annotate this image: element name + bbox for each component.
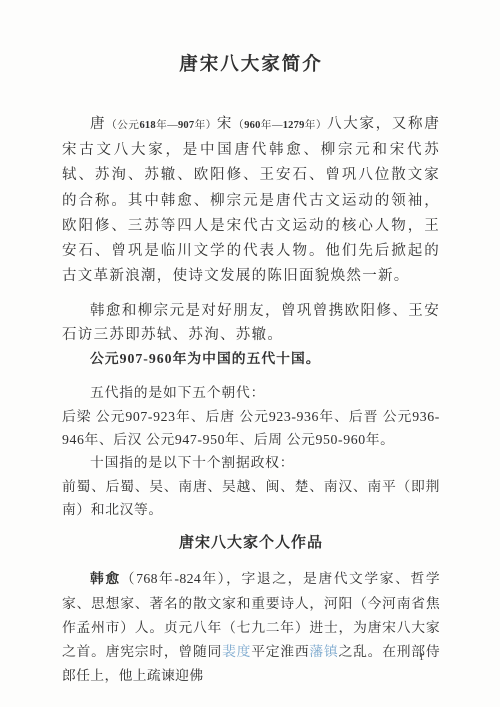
- intro-paragraph: 唐（公元618年—907年）宋（960年—1279年）八大家，又称唐宋古文八大家…: [62, 112, 440, 289]
- five-dynasties-list: 后梁 公元907-923年、后唐 公元923-936年、后晋 公元936-946…: [62, 405, 440, 451]
- ten-kingdoms-intro: 十国指的是以下十个割据政权：: [62, 451, 440, 475]
- hanyu-text-2: 平定淮西: [251, 644, 309, 659]
- friends-paragraph: 韩愈和柳宗元是对好朋友，曾巩曾携欧阳修、王安石访三苏即苏轼、苏洵、苏辙。: [62, 299, 440, 347]
- section-title-works: 唐宋八大家个人作品: [62, 531, 440, 555]
- note-text: 年—: [261, 120, 283, 131]
- five-dynasties-intro: 五代指的是如下五个朝代：: [62, 381, 440, 405]
- document-page: 唐宋八大家简介 唐（公元618年—907年）宋（960年—1279年）八大家，又…: [0, 0, 500, 707]
- intro-tang: 唐: [90, 116, 106, 132]
- intro-body-text: 八大家，又称唐宋古文八大家，是中国唐代韩愈、柳宗元和宋代苏轼、苏洵、苏辙、欧阳修…: [62, 116, 440, 284]
- document-title: 唐宋八大家简介: [62, 50, 440, 80]
- hanyu-name: 韩愈: [90, 571, 121, 586]
- note-text: 年）: [194, 120, 217, 131]
- ten-kingdoms-list: 前蜀、后蜀、吴、南唐、吴越、闽、楚、南汉、南平（即荆南）和北汉等。: [62, 475, 440, 521]
- year-960: 960: [244, 120, 260, 131]
- song-years-note: （960年—1279年）: [233, 120, 327, 131]
- document-content: 唐宋八大家简介 唐（公元618年—907年）宋（960年—1279年）八大家，又…: [0, 0, 500, 688]
- five-dynasties-bold-line: 公元907-960年为中国的五代十国。: [62, 347, 440, 371]
- fanzhen-link[interactable]: 藩镇: [309, 644, 338, 659]
- year-618: 618: [139, 120, 155, 131]
- tang-years-note: （公元618年—907年）: [106, 120, 217, 131]
- note-text: 年）: [305, 120, 328, 131]
- year-1279: 1279: [283, 120, 305, 131]
- note-text: （: [233, 120, 244, 131]
- hanyu-paragraph: 韩愈（768年-824年），字退之，是唐代文学家、哲学家、思想家、著名的散文家和…: [62, 567, 440, 688]
- hanyu-years: （768年-824年）: [121, 571, 226, 586]
- year-907: 907: [178, 120, 194, 131]
- peidu-link[interactable]: 裴度: [222, 644, 251, 659]
- note-text: 年—: [156, 120, 178, 131]
- page-number: 1: [419, 652, 424, 663]
- note-text: （公元: [106, 120, 139, 131]
- intro-song: 宋: [217, 116, 233, 132]
